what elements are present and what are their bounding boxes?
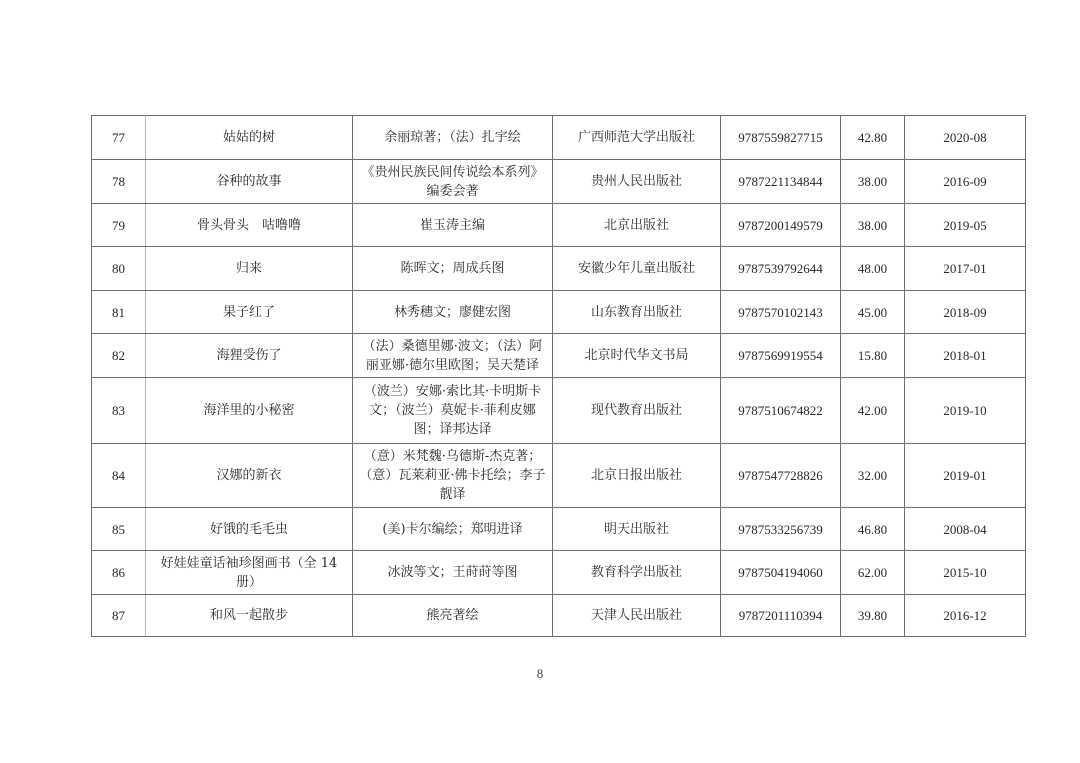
cell-isbn: 9787200149579: [721, 204, 841, 247]
cell-title: 好娃娃童话袖珍图画书（全 14 册）: [146, 551, 353, 595]
cell-title: 好饿的毛毛虫: [146, 508, 353, 551]
cell-author: 崔玉涛主编: [353, 204, 553, 247]
cell-date: 2016-12: [905, 595, 1026, 637]
cell-author: （法）桑德里娜·波文；（法）阿丽亚娜·德尔里欧图；吴天楚译: [353, 334, 553, 378]
cell-publisher: 明天出版社: [553, 508, 721, 551]
cell-author: （意）米梵魏·乌德斯-杰克著；（意）瓦莱莉亚·佛卡托绘；李子靓译: [353, 444, 553, 508]
cell-date: 2017-01: [905, 247, 1026, 291]
cell-no: 86: [92, 551, 146, 595]
cell-isbn: 9787539792644: [721, 247, 841, 291]
table-row: 87 和风一起散步 熊亮著绘 天津人民出版社 9787201110394 39.…: [92, 595, 1026, 637]
cell-no: 79: [92, 204, 146, 247]
cell-title: 和风一起散步: [146, 595, 353, 637]
cell-title: 汉娜的新衣: [146, 444, 353, 508]
cell-publisher: 北京时代华文书局: [553, 334, 721, 378]
table-row: 83 海洋里的小秘密 （波兰）安娜·索比其·卡明斯卡文；（波兰）莫妮卡·菲利皮娜…: [92, 378, 1026, 444]
cell-price: 42.80: [841, 116, 905, 160]
cell-publisher: 现代教育出版社: [553, 378, 721, 444]
cell-title: 骨头骨头 咕噜噜: [146, 204, 353, 247]
cell-date: 2016-09: [905, 160, 1026, 204]
cell-price: 38.00: [841, 204, 905, 247]
table-row: 85 好饿的毛毛虫 (美)卡尔编绘；郑明进译 明天出版社 97875332567…: [92, 508, 1026, 551]
cell-date: 2018-01: [905, 334, 1026, 378]
cell-isbn: 9787569919554: [721, 334, 841, 378]
cell-price: 15.80: [841, 334, 905, 378]
table-row: 80 归来 陈晖文；周成兵图 安徽少年儿童出版社 9787539792644 4…: [92, 247, 1026, 291]
book-list-table: 77 姑姑的树 余丽琼著；（法）扎宇绘 广西师范大学出版社 9787559827…: [91, 115, 1026, 637]
cell-isbn: 9787221134844: [721, 160, 841, 204]
cell-author: （波兰）安娜·索比其·卡明斯卡文；（波兰）莫妮卡·菲利皮娜图；译邦达译: [353, 378, 553, 444]
cell-date: 2008-04: [905, 508, 1026, 551]
cell-price: 42.00: [841, 378, 905, 444]
cell-author: 陈晖文；周成兵图: [353, 247, 553, 291]
cell-date: 2019-10: [905, 378, 1026, 444]
cell-price: 45.00: [841, 291, 905, 334]
cell-price: 32.00: [841, 444, 905, 508]
cell-publisher: 天津人民出版社: [553, 595, 721, 637]
cell-date: 2019-01: [905, 444, 1026, 508]
cell-price: 38.00: [841, 160, 905, 204]
cell-author: 林秀穗文；廖健宏图: [353, 291, 553, 334]
cell-no: 87: [92, 595, 146, 637]
cell-isbn: 9787559827715: [721, 116, 841, 160]
cell-date: 2015-10: [905, 551, 1026, 595]
cell-price: 62.00: [841, 551, 905, 595]
cell-publisher: 安徽少年儿童出版社: [553, 247, 721, 291]
table-row: 84 汉娜的新衣 （意）米梵魏·乌德斯-杰克著；（意）瓦莱莉亚·佛卡托绘；李子靓…: [92, 444, 1026, 508]
cell-title: 海洋里的小秘密: [146, 378, 353, 444]
cell-publisher: 山东教育出版社: [553, 291, 721, 334]
cell-isbn: 9787570102143: [721, 291, 841, 334]
cell-no: 80: [92, 247, 146, 291]
table-row: 82 海狸受伤了 （法）桑德里娜·波文；（法）阿丽亚娜·德尔里欧图；吴天楚译 北…: [92, 334, 1026, 378]
cell-price: 46.80: [841, 508, 905, 551]
cell-isbn: 9787201110394: [721, 595, 841, 637]
cell-price: 39.80: [841, 595, 905, 637]
table-row: 77 姑姑的树 余丽琼著；（法）扎宇绘 广西师范大学出版社 9787559827…: [92, 116, 1026, 160]
table-row: 79 骨头骨头 咕噜噜 崔玉涛主编 北京出版社 9787200149579 38…: [92, 204, 1026, 247]
cell-author: 余丽琼著；（法）扎宇绘: [353, 116, 553, 160]
cell-no: 81: [92, 291, 146, 334]
cell-no: 77: [92, 116, 146, 160]
cell-date: 2019-05: [905, 204, 1026, 247]
table-row: 78 谷种的故事 《贵州民族民间传说绘本系列》编委会著 贵州人民出版社 9787…: [92, 160, 1026, 204]
cell-isbn: 9787510674822: [721, 378, 841, 444]
cell-no: 83: [92, 378, 146, 444]
cell-title: 归来: [146, 247, 353, 291]
cell-title: 谷种的故事: [146, 160, 353, 204]
cell-title: 海狸受伤了: [146, 334, 353, 378]
cell-isbn: 9787533256739: [721, 508, 841, 551]
cell-author: (美)卡尔编绘；郑明进译: [353, 508, 553, 551]
table-row: 81 果子红了 林秀穗文；廖健宏图 山东教育出版社 9787570102143 …: [92, 291, 1026, 334]
cell-author: 冰波等文；王莳莳等图: [353, 551, 553, 595]
cell-isbn: 9787504194060: [721, 551, 841, 595]
cell-publisher: 北京出版社: [553, 204, 721, 247]
cell-date: 2018-09: [905, 291, 1026, 334]
cell-price: 48.00: [841, 247, 905, 291]
cell-title: 姑姑的树: [146, 116, 353, 160]
cell-publisher: 贵州人民出版社: [553, 160, 721, 204]
cell-title: 果子红了: [146, 291, 353, 334]
cell-no: 82: [92, 334, 146, 378]
cell-publisher: 教育科学出版社: [553, 551, 721, 595]
document-page: 77 姑姑的树 余丽琼著；（法）扎宇绘 广西师范大学出版社 9787559827…: [0, 0, 1080, 763]
cell-publisher: 北京日报出版社: [553, 444, 721, 508]
cell-author: 熊亮著绘: [353, 595, 553, 637]
cell-no: 78: [92, 160, 146, 204]
page-number: 8: [0, 666, 1080, 682]
cell-isbn: 9787547728826: [721, 444, 841, 508]
cell-date: 2020-08: [905, 116, 1026, 160]
cell-publisher: 广西师范大学出版社: [553, 116, 721, 160]
cell-no: 84: [92, 444, 146, 508]
table-row: 86 好娃娃童话袖珍图画书（全 14 册） 冰波等文；王莳莳等图 教育科学出版社…: [92, 551, 1026, 595]
cell-no: 85: [92, 508, 146, 551]
cell-author: 《贵州民族民间传说绘本系列》编委会著: [353, 160, 553, 204]
